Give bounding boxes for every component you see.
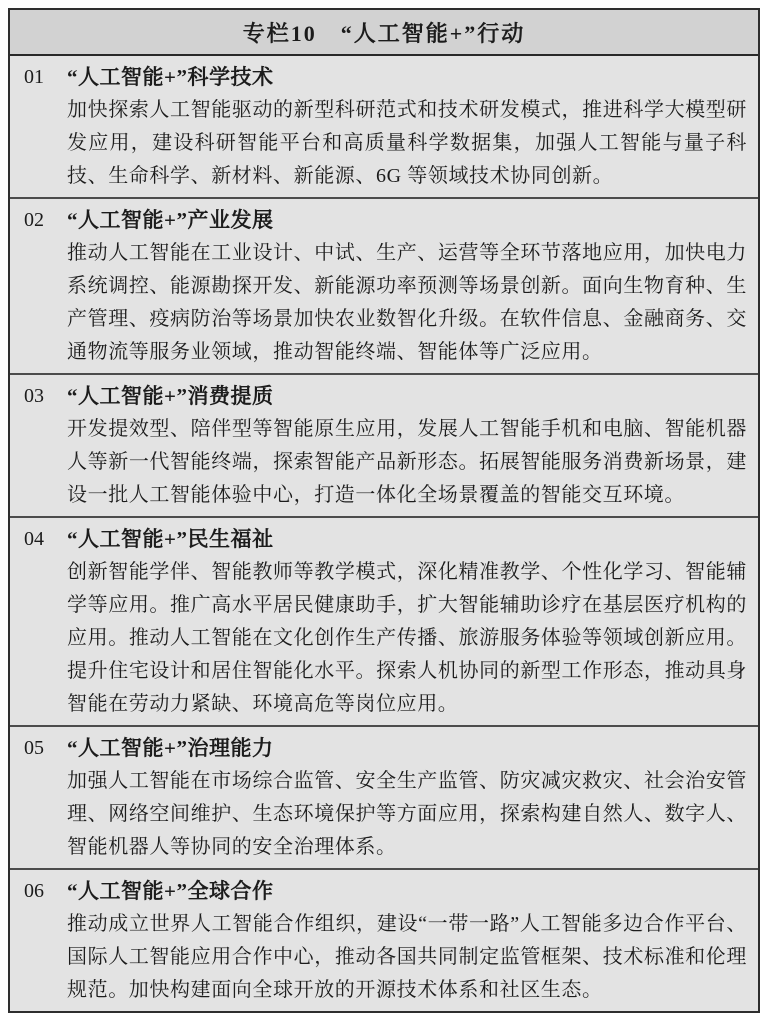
section-number: 04 [10,523,67,556]
column-panel: 专栏10 “人工智能+”行动 01 “人工智能+”科学技术 加快探索人工智能驱动… [8,8,760,1013]
section-body: 创新智能学伴、智能教师等教学模式，深化精准教学、个性化学习、智能辅学等应用。推广… [67,556,747,721]
section-number: 05 [10,732,67,765]
section-number: 02 [10,204,67,237]
section-content: “人工智能+”科学技术 加快探索人工智能驱动的新型科研范式和技术研发模式，推进科… [67,61,758,193]
section-heading: “人工智能+”全球合作 [67,875,747,908]
section-row-04: 04 “人工智能+”民生福祉 创新智能学伴、智能教师等教学模式，深化精准教学、个… [10,516,758,725]
section-body: 开发提效型、陪伴型等智能原生应用，发展人工智能手机和电脑、智能机器人等新一代智能… [67,413,747,512]
section-row-02: 02 “人工智能+”产业发展 推动人工智能在工业设计、中试、生产、运营等全环节落… [10,197,758,373]
section-body: 加快探索人工智能驱动的新型科研范式和技术研发模式，推进科学大模型研发应用，建设科… [67,94,747,193]
section-content: “人工智能+”民生福祉 创新智能学伴、智能教师等教学模式，深化精准教学、个性化学… [67,523,758,721]
section-content: “人工智能+”全球合作 推动成立世界人工智能合作组织，建设“一带一路”人工智能多… [67,875,758,1007]
panel-header: 专栏10 “人工智能+”行动 [10,10,758,56]
section-heading: “人工智能+”科学技术 [67,61,747,94]
document-page: 专栏10 “人工智能+”行动 01 “人工智能+”科学技术 加快探索人工智能驱动… [0,0,768,1020]
section-row-05: 05 “人工智能+”治理能力 加强人工智能在市场综合监管、安全生产监管、防灾减灾… [10,725,758,868]
section-heading: “人工智能+”民生福祉 [67,523,747,556]
section-body: 加强人工智能在市场综合监管、安全生产监管、防灾减灾救灾、社会治安管理、网络空间维… [67,765,747,864]
section-content: “人工智能+”消费提质 开发提效型、陪伴型等智能原生应用，发展人工智能手机和电脑… [67,380,758,512]
section-body: 推动人工智能在工业设计、中试、生产、运营等全环节落地应用，加快电力系统调控、能源… [67,237,747,369]
section-heading: “人工智能+”消费提质 [67,380,747,413]
section-content: “人工智能+”治理能力 加强人工智能在市场综合监管、安全生产监管、防灾减灾救灾、… [67,732,758,864]
section-number: 03 [10,380,67,413]
section-body: 推动成立世界人工智能合作组织，建设“一带一路”人工智能多边合作平台、国际人工智能… [67,908,747,1007]
section-heading: “人工智能+”产业发展 [67,204,747,237]
panel-title: 专栏10 “人工智能+”行动 [243,21,526,46]
section-heading: “人工智能+”治理能力 [67,732,747,765]
section-row-03: 03 “人工智能+”消费提质 开发提效型、陪伴型等智能原生应用，发展人工智能手机… [10,373,758,516]
section-row-06: 06 “人工智能+”全球合作 推动成立世界人工智能合作组织，建设“一带一路”人工… [10,868,758,1011]
section-number: 01 [10,61,67,94]
section-content: “人工智能+”产业发展 推动人工智能在工业设计、中试、生产、运营等全环节落地应用… [67,204,758,369]
section-number: 06 [10,875,67,908]
section-row-01: 01 “人工智能+”科学技术 加快探索人工智能驱动的新型科研范式和技术研发模式，… [10,56,758,197]
